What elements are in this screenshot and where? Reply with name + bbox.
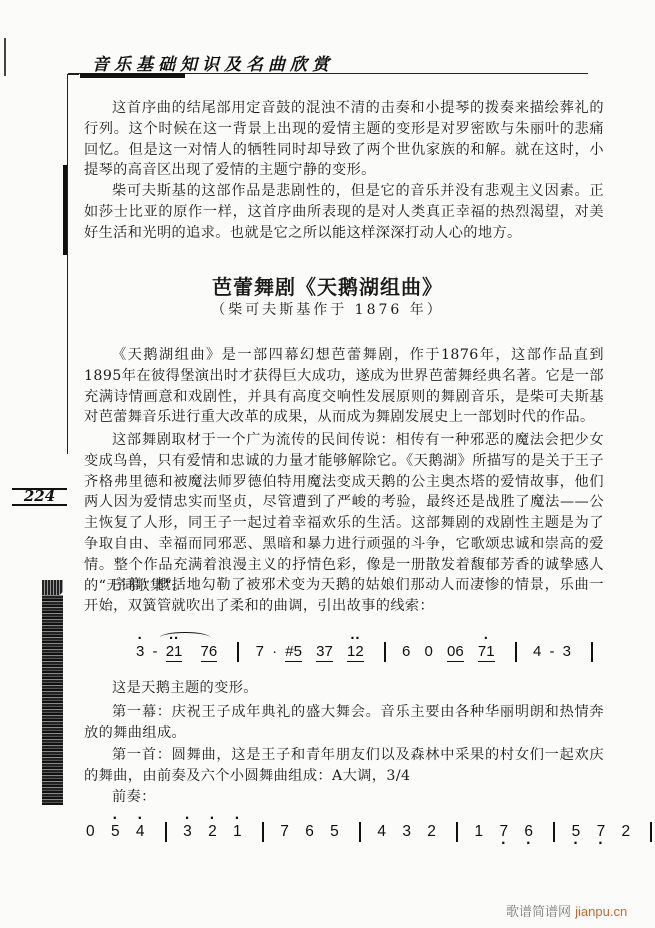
note: 37	[316, 643, 333, 662]
note: 3	[183, 823, 192, 841]
note: 2	[208, 823, 217, 841]
notation-swan-theme: 3 - 21 76 7 · #5 37 12 6 0 06 71 4 - 3	[136, 642, 605, 662]
note: 0	[86, 823, 95, 841]
watermark: 歌谱简谱网 jianpu.cn	[506, 901, 627, 920]
barline	[456, 822, 458, 842]
barline	[165, 822, 167, 842]
label-prelude: 前奏：	[84, 787, 604, 808]
paragraph-act-one: 第一幕：庆祝王子成年典礼的盛大舞会。音乐主要由各种华丽明朗和热情奔放的舞曲组成。	[84, 702, 604, 744]
note: 7	[280, 823, 289, 841]
note: 1	[475, 823, 484, 841]
note: 3	[402, 823, 411, 841]
watermark-site-name: 歌谱简谱网	[506, 905, 571, 920]
barline	[553, 822, 555, 842]
section-subtitle: （柴可夫斯基作于 1876 年）	[0, 299, 655, 319]
barline	[384, 642, 386, 662]
note: ·	[272, 643, 277, 660]
note: 5	[111, 823, 120, 841]
note: 4	[377, 823, 386, 841]
page-number: 224	[12, 484, 67, 508]
note: 1	[233, 823, 242, 841]
note: 7	[597, 823, 606, 841]
note: 7	[499, 823, 508, 841]
margin-bar	[63, 165, 67, 255]
paragraph-swan-variation: 这是天鹅主题的变形。	[84, 678, 604, 699]
running-header: 音乐基础知识及名曲欣赏	[92, 50, 334, 75]
note: 76	[201, 643, 218, 662]
note: 21	[166, 643, 183, 662]
section-title: 芭蕾舞剧《天鹅湖组曲》	[0, 271, 655, 300]
spine-texture	[42, 595, 63, 805]
note: 12	[347, 643, 364, 662]
paragraph-swan-lake-story: 这部舞剧取材于一个广为流传的民间传说：相传有一种邪恶的魔法会把少女变成鸟兽，只有…	[84, 430, 604, 596]
note: 0	[425, 643, 433, 660]
note: 5	[572, 823, 581, 841]
note: -	[153, 643, 158, 660]
note: 6	[524, 823, 533, 841]
barline	[237, 642, 239, 662]
paragraph-overture-ending: 这首序曲的结尾部用定音鼓的混浊不清的击奏和小提琴的拨奏来描绘葬礼的行列。这个时候…	[84, 98, 604, 181]
note: 5	[330, 823, 339, 841]
watermark-url: jianpu.cn	[575, 904, 627, 919]
paragraph-prologue: 序幕：概括地勾勒了被邪术变为天鹅的姑娘们那动人而凄惨的情景，乐曲一开始，双簧管就…	[84, 575, 604, 617]
paragraph-tchaikovsky-tragedy: 柴可夫斯基的这部作品是悲剧性的，但是它的音乐并没有悲观主义因素。正如莎士比亚的原…	[84, 181, 604, 243]
frame-corner	[67, 74, 79, 75]
note: 6	[305, 823, 314, 841]
header-rule-accent	[80, 73, 185, 78]
note: 4	[533, 643, 541, 660]
barline	[515, 642, 517, 662]
note: 4	[136, 823, 145, 841]
note: 6	[402, 643, 410, 660]
paragraph-waltz: 第一首：圆舞曲，这是王子和青年朋友们以及森林中采果的村女们一起欢庆的舞曲，由前奏…	[84, 745, 604, 787]
barline	[359, 822, 361, 842]
note: 2	[622, 823, 631, 841]
note: 71	[478, 643, 495, 662]
scan-edge-mark	[4, 38, 6, 76]
note: 7	[256, 643, 264, 660]
notation-prelude: 0 5 4 3 2 1 7 6 5 4 3 2 1 7 6 5 7 2 5 0 …	[86, 822, 655, 842]
note: -	[549, 643, 554, 660]
note: 2	[427, 823, 436, 841]
note: 3	[563, 643, 571, 660]
barline	[650, 822, 652, 842]
note: #5	[285, 643, 302, 662]
page-number-label: 224	[24, 487, 55, 505]
barline	[591, 642, 593, 662]
frame-left-rule	[67, 74, 68, 454]
note: 3	[136, 643, 144, 660]
paragraph-swan-lake-intro: 《天鹅湖组曲》是一部四幕幻想芭蕾舞剧，作于1876年，这部作品直到1895年在彼…	[84, 345, 604, 428]
note: 06	[447, 643, 464, 662]
barline	[262, 822, 264, 842]
